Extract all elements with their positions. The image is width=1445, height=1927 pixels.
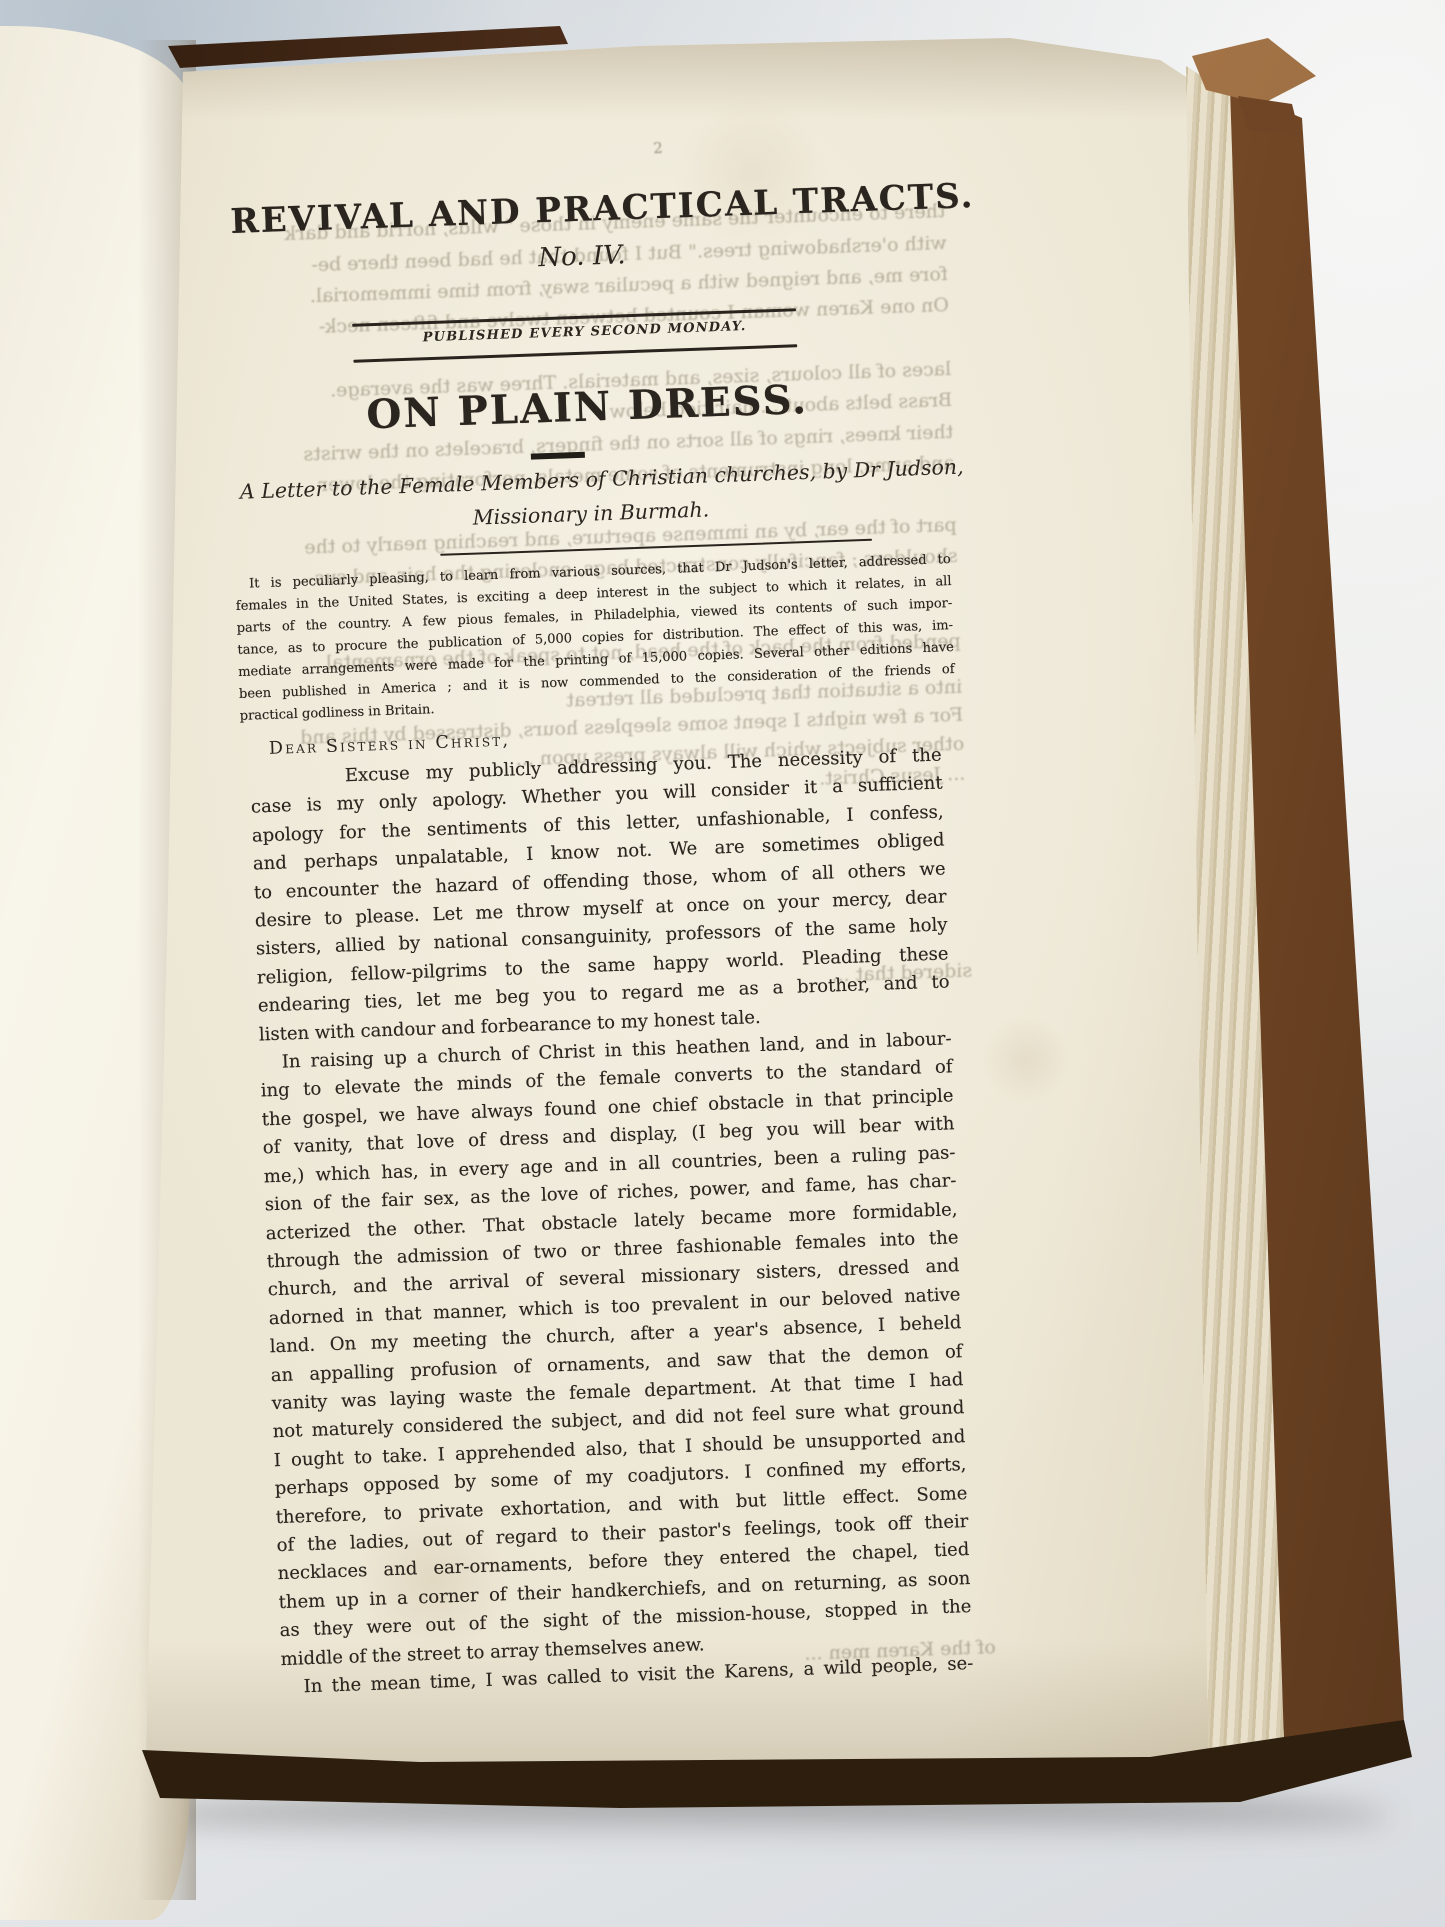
book-photograph: there to encounter the same enemy in tho…	[0, 0, 1445, 1927]
tract-title: ON PLAIN DRESS.	[237, 371, 938, 442]
letter-paragraph-1: Excuse my publicly addressing you. The n…	[249, 741, 950, 1049]
letter-paragraph-2: In raising up a church of Christ in this…	[259, 1025, 972, 1674]
introduction-paragraph: It is peculiarly pleasing, to learn from…	[235, 549, 956, 728]
title-dash-rule	[531, 452, 585, 460]
divider-rule-bottom	[353, 344, 797, 362]
page-number-smudge: 2	[653, 138, 684, 157]
letter-body: It is peculiarly pleasing, to learn from…	[243, 549, 982, 1702]
publication-frequency-line: PUBLISHED EVERY SECOND MONDAY.	[235, 312, 935, 351]
printed-text: 2 REVIVAL AND PRACTICAL TRACTS. No. IV. …	[228, 126, 985, 1789]
